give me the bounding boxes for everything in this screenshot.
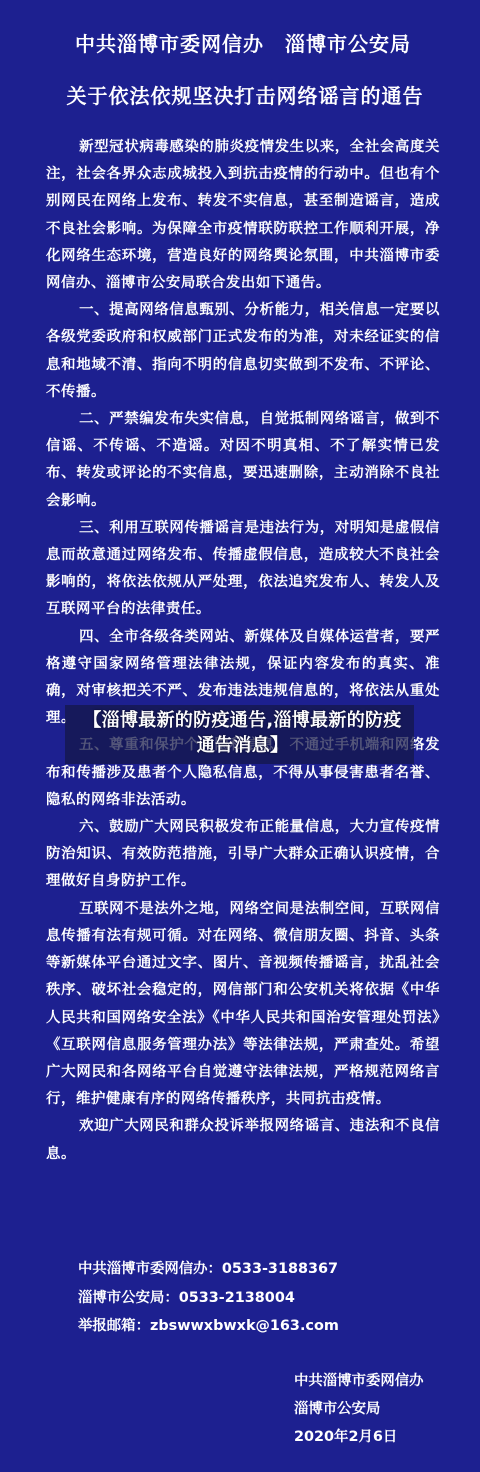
notice-issuers: 中共淄博市委网信办 淄博市公安局	[0, 28, 480, 57]
contact-info: 中共淄博市委网信办：0533-3188367 淄博市公安局：0533-21380…	[78, 1255, 339, 1341]
notice-title: 关于依法依规坚决打击网络谣言的通告	[0, 80, 480, 109]
signature-date: 2020年2月6日	[294, 1423, 424, 1451]
signature-org-1: 中共淄博市委网信办	[294, 1367, 424, 1395]
paragraph-intro: 新型冠状病毒感染的肺炎疫情发生以来，全社会高度关注，社会各界众志成城投入到抗击疫…	[46, 134, 440, 297]
paragraph-item-6: 六、鼓励广大网民积极发布正能量信息，大力宣传疫情防治知识、有效防范措施，引导广大…	[46, 814, 440, 896]
paragraph-legal: 互联网不是法外之地，网络空间是法制空间，互联网信息传播有法有规可循。对在网络、微…	[46, 896, 440, 1114]
contact-public-security-phone: 淄博市公安局：0533-2138004	[78, 1284, 339, 1313]
notice-body: 新型冠状病毒感染的肺炎疫情发生以来，全社会高度关注，社会各界众志成城投入到抗击疫…	[46, 134, 440, 1168]
paragraph-report: 欢迎广大网民和群众投诉举报网络谣言、违法和不良信息。	[46, 1113, 440, 1167]
caption-overlay: 【淄博最新的防疫通告,淄博最新的防疫通告消息】	[65, 705, 414, 764]
caption-overlay-title: 【淄博最新的防疫通告,淄博最新的防疫通告消息】	[79, 708, 406, 758]
paragraph-item-3: 三、利用互联网传播谣言是违法行为，对明知是虚假信息而故意通过网络发布、传播虚假信…	[46, 515, 440, 624]
signature-org-2: 淄博市公安局	[294, 1395, 424, 1423]
paragraph-item-1: 一、提高网络信息甄别、分析能力，相关信息一定要以各级党委政府和权威部门正式发布的…	[46, 297, 440, 406]
signature-block: 中共淄博市委网信办 淄博市公安局 2020年2月6日	[294, 1367, 424, 1451]
paragraph-item-2: 二、严禁编发布失实信息，自觉抵制网络谣言，做到不信谣、不传谣、不造谣。对因不明真…	[46, 406, 440, 515]
contact-report-email: 举报邮箱：zbswwxbwxk@163.com	[78, 1312, 339, 1341]
contact-cyberspace-office-phone: 中共淄博市委网信办：0533-3188367	[78, 1255, 339, 1284]
